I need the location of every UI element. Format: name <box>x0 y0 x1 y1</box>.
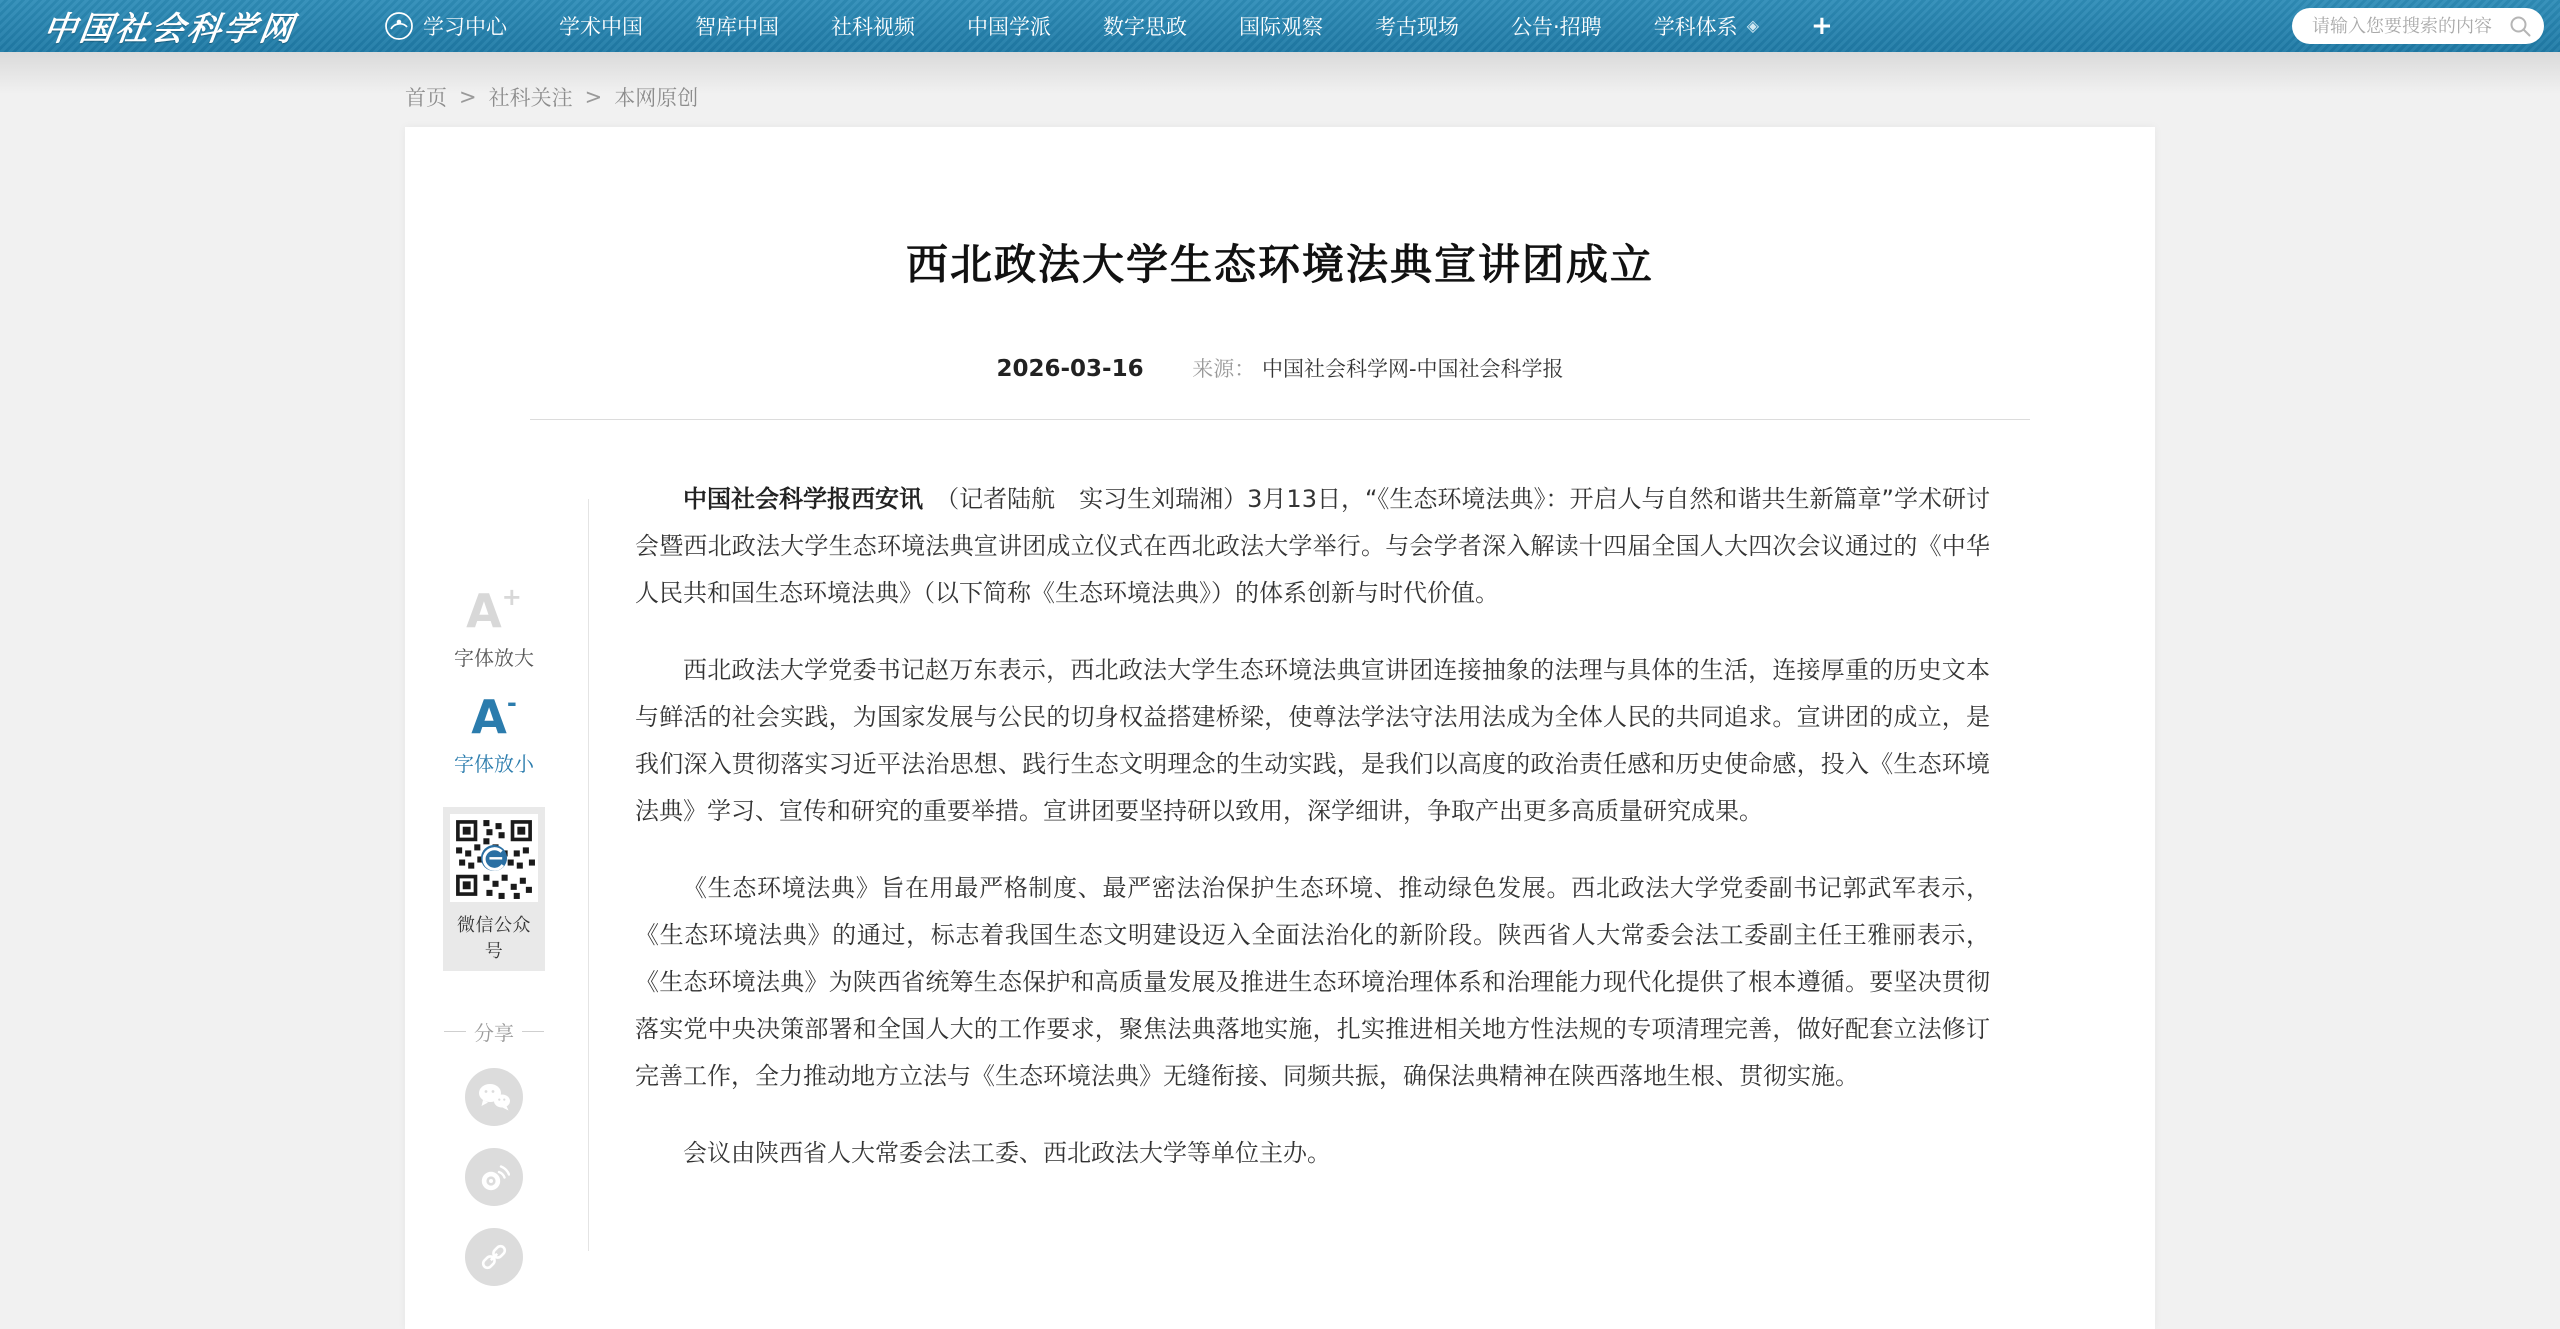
nav-item-international-observation[interactable]: 国际观察 <box>1239 11 1323 41</box>
font-decrease-button[interactable]: A- 字体放小 <box>443 691 545 777</box>
wechat-qr-card: 微信公众号 <box>443 807 545 971</box>
wechat-qr-code <box>450 814 538 902</box>
nav-item-discipline-system[interactable]: 学科体系 ◈ <box>1654 11 1759 41</box>
nav-label: 学习中心 <box>423 11 507 41</box>
top-navigation-bar: 中国社会科学网 学习中心 学术中国 智库中国 社科视频 中国学派 数字思政 国际… <box>0 0 2560 52</box>
font-increase-icon: A+ <box>466 585 522 634</box>
search-box <box>2292 8 2544 44</box>
sidebar-divider-line <box>588 499 589 1251</box>
share-dash-left <box>444 1031 466 1032</box>
breadcrumb-home[interactable]: 首页 <box>405 82 447 112</box>
xuexi-center-logo-icon <box>384 11 414 41</box>
main-nav: 学习中心 学术中国 智库中国 社科视频 中国学派 数字思政 国际观察 考古现场 … <box>384 11 1833 41</box>
paragraph-lead: 中国社会科学报西安讯 <box>683 485 923 513</box>
share-dash-right <box>522 1031 544 1032</box>
font-decrease-icon: A- <box>471 691 517 740</box>
paragraph: 西北政法大学党委书记赵万东表示，西北政法大学生态环境法典宣讲团连接抽象的法理与具… <box>635 647 1990 835</box>
copy-link-button[interactable] <box>465 1228 523 1286</box>
article-title: 西北政法大学生态环境法典宣讲团成立 <box>445 235 2115 295</box>
paragraph: 中国社会科学报西安讯 （记者陆航 实习生刘瑞湘）3月13日，“《生态环境法典》：… <box>635 476 1990 617</box>
nav-item-digital-ideology[interactable]: 数字思政 <box>1103 11 1187 41</box>
nav-item-china-school[interactable]: 中国学派 <box>967 11 1051 41</box>
paragraph: 会议由陕西省人大常委会法工委、西北政法大学等单位主办。 <box>635 1130 1990 1177</box>
nav-item-announcement-recruitment[interactable]: 公告·招聘 <box>1511 11 1602 41</box>
paragraph: 《生态环境法典》旨在用最严格制度、最严密法治保护生态环境、推动绿色发展。西北政法… <box>635 865 1990 1100</box>
article-body: 中国社会科学报西安讯 （记者陆航 实习生刘瑞湘）3月13日，“《生态环境法典》：… <box>635 476 1990 1177</box>
font-increase-button[interactable]: A+ 字体放大 <box>443 585 545 671</box>
breadcrumb-separator: > <box>459 85 477 109</box>
site-logo[interactable]: 中国社会科学网 <box>41 3 300 50</box>
weibo-icon <box>478 1162 510 1192</box>
article-tool-sidebar: A+ 字体放大 A- 字体放小 <box>443 585 545 1286</box>
wechat-icon <box>477 1082 511 1112</box>
share-section-title: 分享 <box>443 1017 545 1046</box>
wechat-share-button[interactable] <box>465 1068 523 1126</box>
source-value[interactable]: 中国社会科学网-中国社会科学报 <box>1262 357 1564 381</box>
search-input[interactable] <box>2292 8 2544 44</box>
breadcrumb: 首页 > 社科关注 > 本网原创 <box>405 82 698 112</box>
gem-icon: ◈ <box>1747 18 1759 34</box>
nav-item-thinktank-china[interactable]: 智库中国 <box>695 11 779 41</box>
search-icon[interactable] <box>2509 15 2532 42</box>
source-label: 来源： <box>1192 357 1255 381</box>
breadcrumb-social-science-focus[interactable]: 社科关注 <box>489 82 573 112</box>
nav-item-academic-china[interactable]: 学术中国 <box>559 11 643 41</box>
breadcrumb-original-content[interactable]: 本网原创 <box>614 82 698 112</box>
publish-date: 2026-03-16 <box>996 356 1143 382</box>
weibo-share-button[interactable] <box>465 1148 523 1206</box>
nav-item-archaeology-scene[interactable]: 考古现场 <box>1375 11 1459 41</box>
page-background-band <box>0 52 2560 94</box>
title-divider <box>530 419 2030 420</box>
link-icon <box>479 1242 509 1272</box>
article-card: 西北政法大学生态环境法典宣讲团成立 2026-03-16 来源： 中国社会科学网… <box>405 127 2155 1329</box>
wechat-qr-label: 微信公众号 <box>450 911 538 963</box>
nav-label: 学科体系 <box>1654 11 1738 41</box>
nav-item-social-science-video[interactable]: 社科视频 <box>831 11 915 41</box>
nav-item-more-plus[interactable]: + <box>1811 11 1833 41</box>
nav-item-xuexi-center[interactable]: 学习中心 <box>384 11 507 41</box>
breadcrumb-separator: > <box>585 85 603 109</box>
font-increase-label: 字体放大 <box>443 642 545 671</box>
font-decrease-label: 字体放小 <box>443 748 545 777</box>
article-meta: 2026-03-16 来源： 中国社会科学网-中国社会科学报 <box>405 353 2155 383</box>
